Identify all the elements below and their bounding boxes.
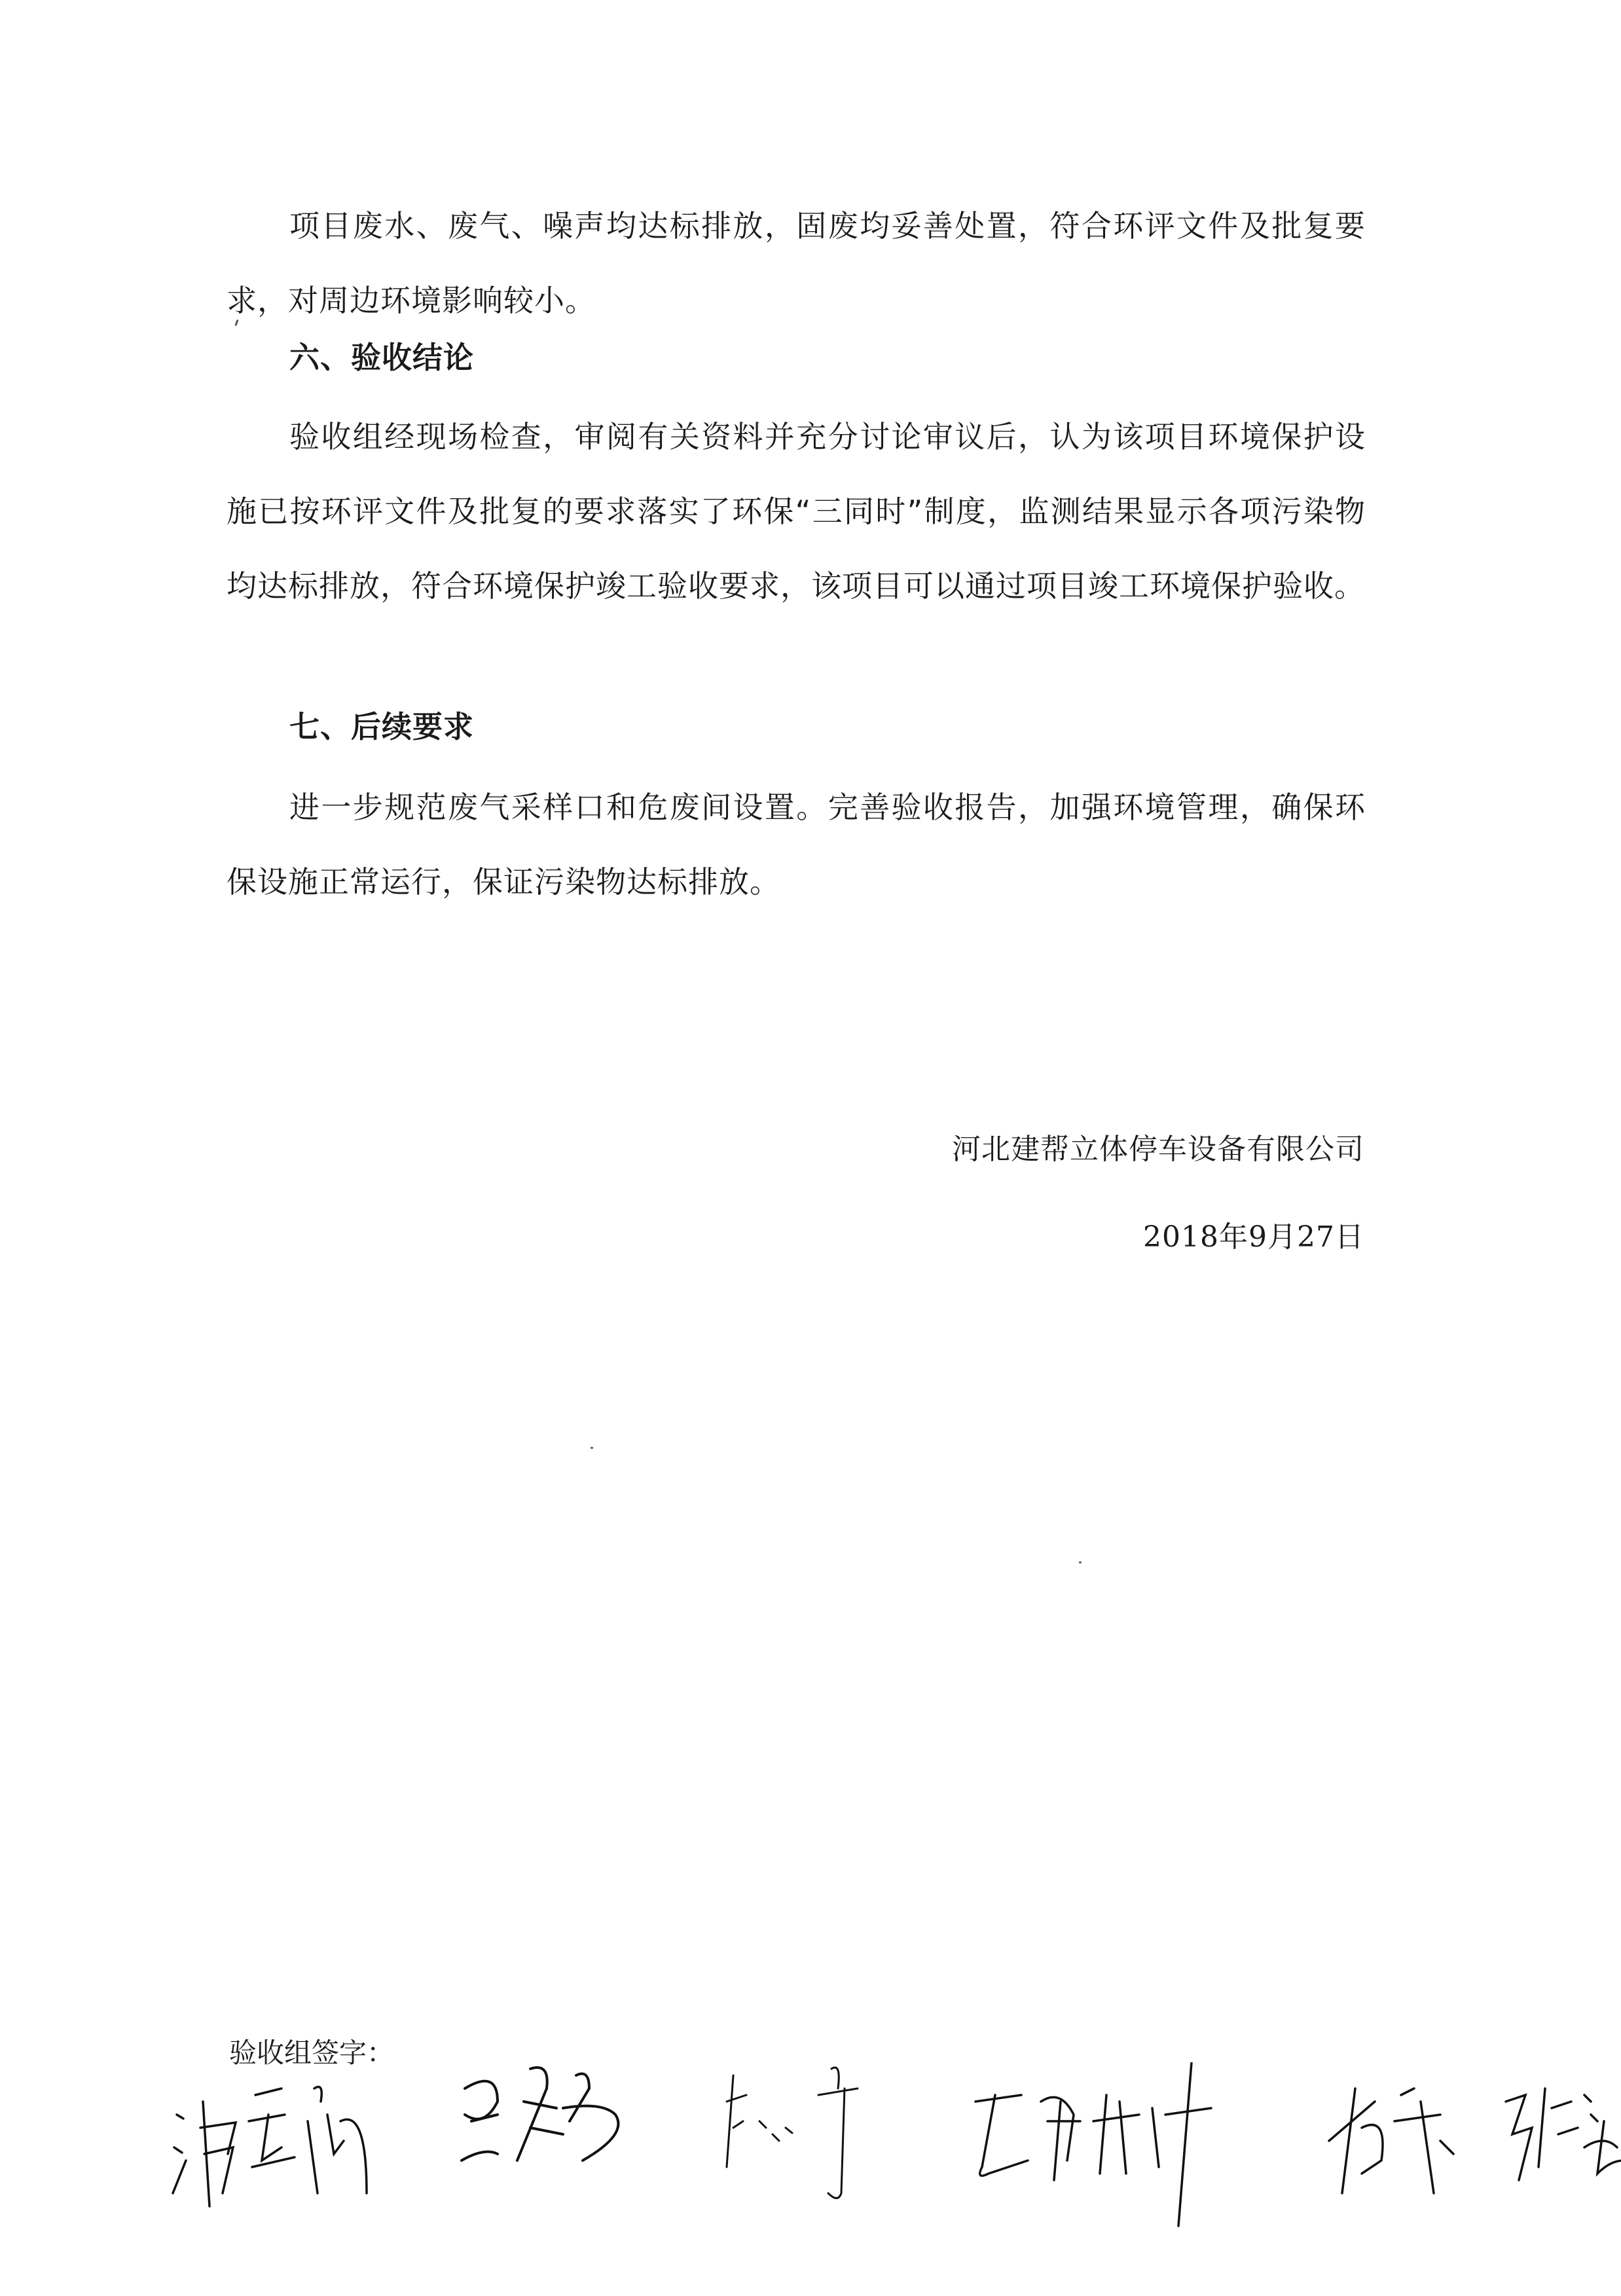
handwritten-signature-2	[458, 2062, 694, 2193]
heading-follow-up-requirements: 七、后续要求	[289, 707, 474, 746]
document-date: 2018年9月27日	[1143, 1218, 1364, 1257]
document-page: 项目废水、废气、噪声均达标排放，固废均妥善处置，符合环评文件及批复要求，对周边环…	[0, 0, 1621, 2296]
handwritten-signature-3	[720, 2062, 917, 2213]
handwritten-signature-5	[1322, 2062, 1493, 2213]
paragraph-emissions-summary: 项目废水、废气、噪声均达标排放，固废均妥善处置，符合环评文件及批复要求，对周边环…	[227, 189, 1366, 338]
heading-acceptance-conclusion: 六、验收结论	[289, 338, 474, 377]
signature-row	[170, 2062, 1611, 2226]
paragraph-acceptance-conclusion: 验收组经现场检查，审阅有关资料并充分讨论审议后，认为该项目环境保护设施已按环评文…	[227, 399, 1366, 623]
scan-speck	[591, 1447, 593, 1449]
company-name: 河北建帮立体停车设备有限公司	[952, 1130, 1364, 1169]
scan-speck	[1079, 1561, 1082, 1563]
handwritten-signature-6	[1499, 2062, 1621, 2193]
handwritten-signature-1	[170, 2062, 419, 2213]
paragraph-follow-up-requirements: 进一步规范废气采样口和危废间设置。完善验收报告，加强环境管理，确保环保设施正常运…	[227, 770, 1366, 919]
handwritten-signature-4	[969, 2062, 1283, 2232]
